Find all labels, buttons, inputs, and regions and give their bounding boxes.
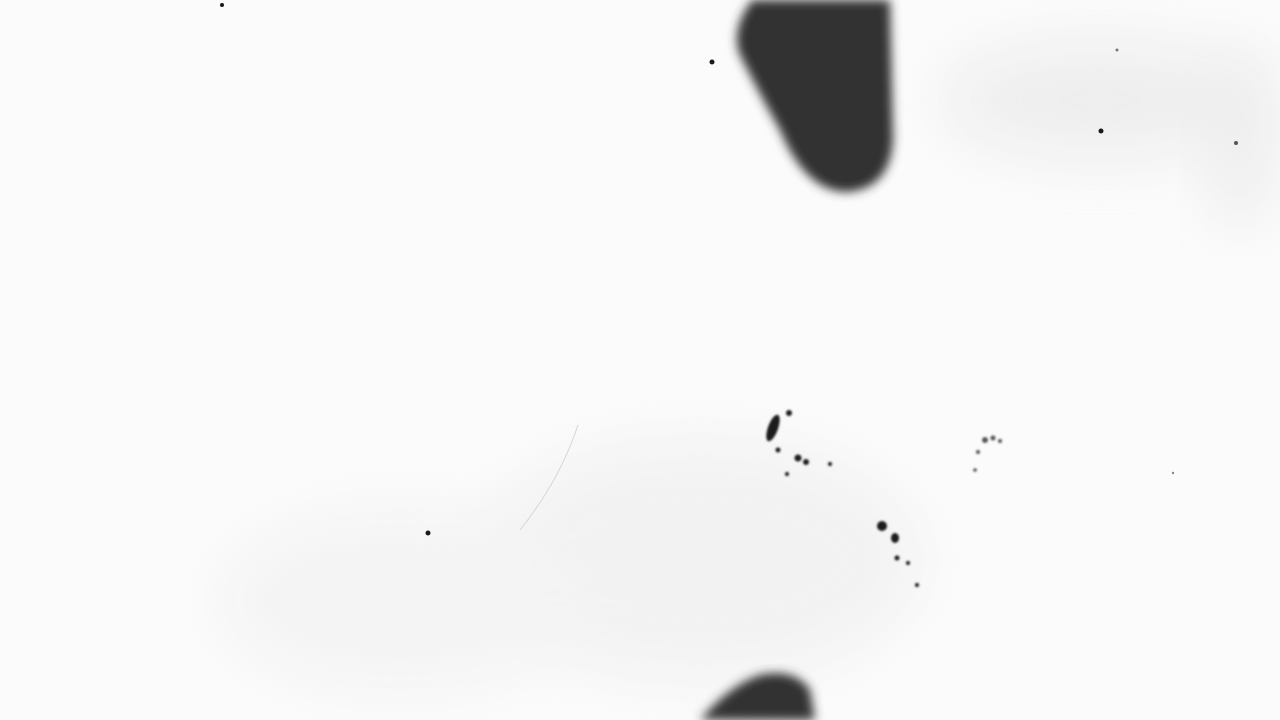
scanned-film-image [0,0,1280,720]
right-speck-cluster [973,436,1002,472]
lower-large-spot [700,673,815,720]
upper-large-spot [737,0,893,192]
background-haze [220,40,1270,690]
